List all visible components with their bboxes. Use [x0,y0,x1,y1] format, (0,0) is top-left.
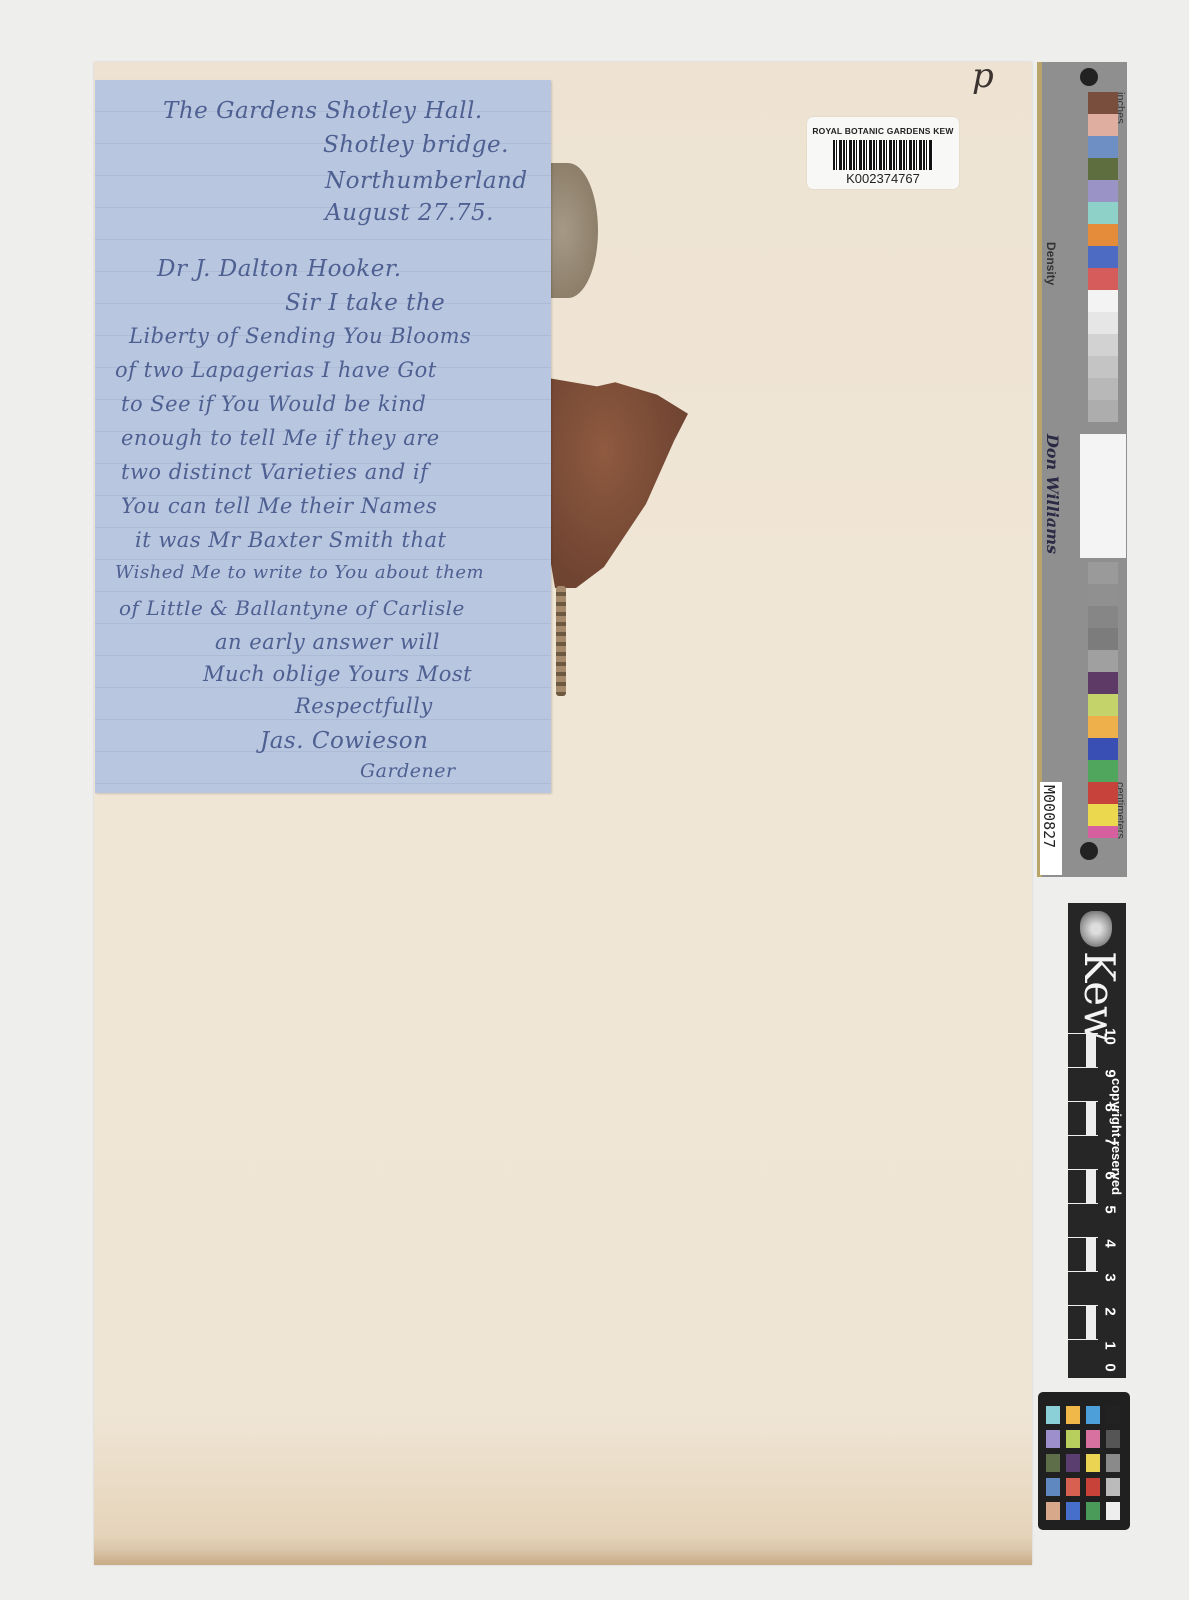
color-reference-ruler: inches centimeters Density Don Williams … [1037,62,1127,877]
ruler-density-label: Density [1044,242,1058,285]
swatch [1088,356,1118,378]
scale-number: 3 [1102,1269,1119,1287]
color-cell [1046,1478,1060,1496]
letter-line: Wished Me to write to You about them [115,562,484,583]
swatch [1088,584,1118,606]
swatch [1088,738,1118,760]
color-cell [1066,1406,1080,1424]
scale-number: 0 [1102,1359,1119,1377]
corner-mark: p [972,56,994,96]
swatch [1088,826,1118,838]
color-cell [1046,1502,1060,1520]
kew-crest-icon [1080,911,1112,947]
color-cell [1106,1406,1120,1424]
letter-line: to See if You Would be kind [121,392,426,416]
swatch [1088,246,1118,268]
swatch [1088,400,1118,422]
swatch [1088,158,1118,180]
letter-line: enough to tell Me if they are [121,426,440,450]
swatch [1088,782,1118,804]
scale-number: 7 [1102,1133,1119,1151]
letter-line: You can tell Me their Names [121,494,437,518]
scale-number: 5 [1102,1201,1119,1219]
swatch [1088,760,1118,782]
color-cell [1066,1430,1080,1448]
color-cell [1046,1406,1060,1424]
color-cell [1106,1478,1120,1496]
kew-scale-bar: Kew copyright reserved 10 9 8 7 6 5 4 3 … [1068,903,1126,1378]
letter-line: of two Lapagerias I have Got [115,358,437,382]
swatch [1088,268,1118,290]
cm-scale [1068,1033,1098,1373]
color-cell [1086,1502,1100,1520]
color-cell [1106,1502,1120,1520]
letter-line: Sir I take the [285,290,445,316]
barcode-number: K002374767 [807,171,959,186]
color-cell [1066,1502,1080,1520]
letter-line: it was Mr Baxter Smith that [135,528,446,552]
swatch [1088,180,1118,202]
swatch [1088,628,1118,650]
swatch [1088,202,1118,224]
color-cell [1086,1406,1100,1424]
scale-number: 6 [1102,1167,1119,1185]
color-cell [1046,1430,1060,1448]
swatch [1088,694,1118,716]
letter-line: an early answer will [215,630,440,654]
letter-line: The Gardens Shotley Hall. [163,98,483,124]
color-checker-card [1038,1392,1130,1530]
scale-number: 4 [1102,1235,1119,1253]
ruler-brand: Don Williams [1043,434,1062,554]
ruler-gauge-target [1080,434,1126,558]
scale-number: 1 [1102,1337,1119,1355]
letter-line: August 27.75. [325,200,494,226]
swatch [1088,334,1118,356]
letter-line: Gardener [360,760,456,782]
swatch [1088,290,1118,312]
color-cell [1106,1454,1120,1472]
swatch [1088,562,1118,584]
ruler-hole-bottom [1080,842,1098,860]
letter-line: Liberty of Sending You Blooms [129,324,471,348]
color-cell [1086,1454,1100,1472]
barcode-bars [833,140,933,170]
color-cell [1086,1430,1100,1448]
letter-line: two distinct Varieties and if [121,460,428,484]
scale-number: 2 [1102,1303,1119,1321]
swatch [1088,136,1118,158]
swatch [1088,378,1118,400]
swatch [1088,312,1118,334]
ruler-hole-top [1080,68,1098,86]
ruler-id-label: M000827 [1040,782,1062,875]
swatch [1088,92,1118,114]
swatch [1088,224,1118,246]
swatch [1088,114,1118,136]
letter-line: Much oblige Yours Most [203,662,472,686]
letter-signature: Jas. Cowieson [260,728,428,754]
handwritten-letter: The Gardens Shotley Hall. Shotley bridge… [95,80,551,793]
swatch [1088,672,1118,694]
barcode-institution: ROYAL BOTANIC GARDENS KEW [807,126,959,136]
swatch [1088,804,1118,826]
barcode-label: ROYAL BOTANIC GARDENS KEW K002374767 [807,117,959,189]
scale-number: 8 [1102,1099,1119,1117]
letter-line: of Little & Ballantyne of Carlisle [119,596,465,620]
swatch [1088,716,1118,738]
color-cell [1106,1430,1120,1448]
scale-number: 9 [1102,1065,1119,1083]
letter-line: Dr J. Dalton Hooker. [157,256,402,282]
color-cell [1086,1478,1100,1496]
letter-line: Northumberland [325,168,528,194]
color-cell [1046,1454,1060,1472]
color-cell [1066,1454,1080,1472]
scale-number: 10 [1102,1028,1119,1046]
ruler-id-text: M000827 [1040,785,1058,848]
color-cell [1066,1478,1080,1496]
specimen-stem [556,586,566,696]
letter-line: Respectfully [295,694,433,718]
letter-line: Shotley bridge. [323,132,509,158]
swatch [1088,650,1118,672]
swatch [1088,606,1118,628]
